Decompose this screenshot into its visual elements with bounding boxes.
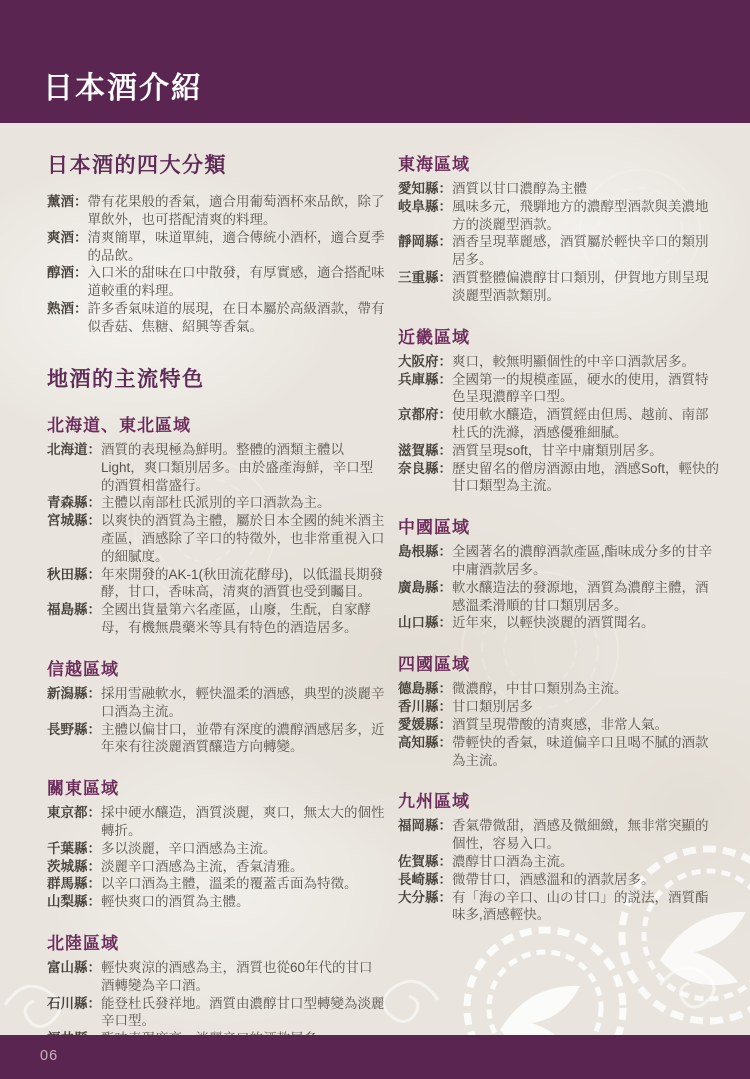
entry-row: 熟酒：許多香氣味道的展現，在日本屬於高級酒款，帶有似香菇、焦糖、紹興等香氣。 bbox=[47, 300, 385, 336]
content: 日本酒的四大分類薰酒：帶有花果般的香氣，適合用葡萄酒杯來品飲，除了單飲外，也可搭… bbox=[0, 0, 750, 1079]
entry-text: 甘口類別居多 bbox=[452, 698, 720, 716]
entry-text: 帶輕快的香氣，味道偏辛口且喝不膩的酒款為主流。 bbox=[452, 734, 720, 770]
page-footer: 06 bbox=[0, 1035, 750, 1079]
page-title: 日本酒介紹 bbox=[43, 72, 203, 105]
entry-row: 千葉縣：多以淡麗，辛口酒感為主流。 bbox=[47, 840, 385, 858]
entry-label: 長崎縣： bbox=[398, 871, 452, 889]
region-heading: 北陸區域 bbox=[47, 933, 385, 955]
region-heading: 關東區域 bbox=[47, 778, 385, 800]
entry-label: 石川縣： bbox=[47, 995, 101, 1013]
entry-row: 佐賀縣：濃醇甘口酒為主流。 bbox=[398, 853, 720, 871]
entry-text: 酒質以甘口濃醇為主體 bbox=[452, 180, 720, 198]
entry-row: 山梨縣：輕快爽口的酒質為主體。 bbox=[47, 893, 385, 911]
entry-row: 大分縣：有「海の辛口、山の甘口」的説法，酒質酯味多,酒感輕快。 bbox=[398, 889, 720, 925]
entry-text: 採用雪融軟水，輕快溫柔的酒感，典型的淡麗辛口酒為主流。 bbox=[101, 685, 385, 721]
entry-label: 京都府： bbox=[398, 406, 452, 424]
entry-text: 入口米的甜味在口中散發，有厚實感，適合搭配味道較重的料理。 bbox=[88, 264, 386, 300]
entry-text: 採中硬水釀造，酒質淡麗，爽口，無太大的個性轉折。 bbox=[101, 804, 385, 840]
entry-label: 醇酒： bbox=[47, 264, 88, 282]
region-heading: 中國區域 bbox=[398, 517, 720, 539]
entry-row: 高知縣：帶輕快的香氣，味道偏辛口且喝不膩的酒款為主流。 bbox=[398, 734, 720, 770]
entry-label: 三重縣： bbox=[398, 269, 452, 287]
entry-row: 靜岡縣：酒香呈現華麗感，酒質屬於輕快辛口的類別居多。 bbox=[398, 233, 720, 269]
entry-row: 大阪府：爽口，較無明顯個性的中辛口酒款居多。 bbox=[398, 353, 720, 371]
entry-text: 微濃醇，中甘口類別為主流。 bbox=[452, 680, 720, 698]
section-right_column-3: 四國區域德島縣：微濃醇，中甘口類別為主流。香川縣：甘口類別居多愛媛縣：酒質呈現帶… bbox=[398, 654, 720, 769]
entry-row: 福島縣：全國出貨量第六名產區，山廢，生酛，自家酵母，有機無農藥米等具有特色的酒造… bbox=[47, 601, 385, 637]
entry-label: 愛媛縣： bbox=[398, 716, 452, 734]
entry-label: 福島縣： bbox=[47, 601, 101, 619]
entry-text: 年來開發的AK-1(秋田流花酵母)，以低溫長期發酵，甘口，香味高，清爽的酒質也受… bbox=[101, 566, 385, 602]
entry-label: 佐賀縣： bbox=[398, 853, 452, 871]
entry-row: 福岡縣：香氣帶微甜，酒感及微細緻，無非常突顯的個性，容易入口。 bbox=[398, 817, 720, 853]
entry-label: 茨城縣： bbox=[47, 858, 101, 876]
entry-row: 宮城縣：以爽快的酒質為主體，屬於日本全國的純米酒主產區，酒感除了辛口的特徵外，也… bbox=[47, 512, 385, 565]
entry-row: 茨城縣：淡麗辛口酒感為主流，香氣清雅。 bbox=[47, 858, 385, 876]
entry-text: 濃醇甘口酒為主流。 bbox=[452, 853, 720, 871]
entry-label: 福岡縣： bbox=[398, 817, 452, 835]
entry-text: 以辛口酒為主體，溫柔的覆蓋舌面為特徵。 bbox=[101, 875, 385, 893]
entry-label: 山口縣： bbox=[398, 614, 452, 632]
entry-label: 高知縣： bbox=[398, 734, 452, 752]
entry-label: 富山縣： bbox=[47, 959, 101, 977]
entry-label: 群馬縣： bbox=[47, 875, 101, 893]
entry-row: 香川縣：甘口類別居多 bbox=[398, 698, 720, 716]
entry-text: 有「海の辛口、山の甘口」的説法，酒質酯味多,酒感輕快。 bbox=[452, 889, 720, 925]
entry-text: 微帶甘口，酒感溫和的酒款居多。 bbox=[452, 871, 720, 889]
section-right_column-1: 近畿區域大阪府：爽口，較無明顯個性的中辛口酒款居多。兵庫縣：全國第一的規模產區，… bbox=[398, 327, 720, 495]
entry-text: 風味多元，飛騨地方的濃醇型酒款與美濃地方的淡麗型酒款。 bbox=[452, 198, 720, 234]
entry-text: 許多香氣味道的展現，在日本屬於高級酒款，帶有似香菇、焦糖、紹興等香氣。 bbox=[88, 300, 386, 336]
entry-text: 能登杜氏發祥地。酒質由濃醇甘口型轉變為淡麗辛口型。 bbox=[101, 995, 385, 1031]
entry-text: 酒質呈現soft，甘辛中庸類別居多。 bbox=[452, 442, 720, 460]
region-heading: 東海區域 bbox=[398, 154, 720, 176]
entry-text: 全國第一的規模產區，硬水的使用，酒質特色呈現濃醇辛口型。 bbox=[452, 371, 720, 407]
entry-label: 爽酒： bbox=[47, 229, 88, 247]
section-heading: 日本酒的四大分類 bbox=[47, 152, 385, 179]
region-heading: 四國區域 bbox=[398, 654, 720, 676]
entry-row: 秋田縣：年來開發的AK-1(秋田流花酵母)，以低溫長期發酵，甘口，香味高，清爽的… bbox=[47, 566, 385, 602]
entry-row: 富山縣：輕快爽涼的酒感為主，酒質也從60年代的甘口酒轉變為辛口酒。 bbox=[47, 959, 385, 995]
entry-label: 秋田縣： bbox=[47, 566, 101, 584]
region-heading: 信越區域 bbox=[47, 659, 385, 681]
section-heading: 地酒的主流特色 bbox=[47, 366, 385, 393]
entry-label: 廣島縣： bbox=[398, 579, 452, 597]
page: 日本酒介紹 日本酒的四大分類薰酒：帶有花果般的香氣，適合用葡萄酒杯來品飲，除了單… bbox=[0, 0, 750, 1079]
entry-label: 滋賀縣： bbox=[398, 442, 452, 460]
entry-row: 長野縣：主體以偏甘口，並帶有深度的濃醇酒感居多，近年來有往淡麗酒質釀造方向轉變。 bbox=[47, 721, 385, 757]
entry-row: 群馬縣：以辛口酒為主體，溫柔的覆蓋舌面為特徵。 bbox=[47, 875, 385, 893]
section-right_column-0: 東海區域愛知縣：酒質以甘口濃醇為主體岐阜縣：風味多元，飛騨地方的濃醇型酒款與美濃… bbox=[398, 154, 720, 305]
entry-row: 兵庫縣：全國第一的規模產區，硬水的使用，酒質特色呈現濃醇辛口型。 bbox=[398, 371, 720, 407]
entry-row: 奈良縣：歷史留名的僧房酒源由地，酒感Soft，輕快的甘口類型為主流。 bbox=[398, 460, 720, 496]
entry-row: 北海道：酒質的表現極為鮮明。整體的酒類主體以 Light，爽口類別居多。由於盛產… bbox=[47, 441, 385, 494]
entry-text: 酒質的表現極為鮮明。整體的酒類主體以 Light，爽口類別居多。由於盛產海鮮，辛… bbox=[101, 441, 385, 494]
entry-row: 德島縣：微濃醇，中甘口類別為主流。 bbox=[398, 680, 720, 698]
entry-label: 宮城縣： bbox=[47, 512, 101, 530]
entry-text: 香氣帶微甜，酒感及微細緻，無非常突顯的個性，容易入口。 bbox=[452, 817, 720, 853]
entry-text: 歷史留名的僧房酒源由地，酒感Soft，輕快的甘口類型為主流。 bbox=[452, 460, 720, 496]
right-column: 東海區域愛知縣：酒質以甘口濃醇為主體岐阜縣：風味多元，飛騨地方的濃醇型酒款與美濃… bbox=[398, 154, 720, 924]
entry-label: 熟酒： bbox=[47, 300, 88, 318]
entry-text: 使用軟水釀造，酒質經由但馬、越前、南部杜氏的洗滌，酒感優雅細膩。 bbox=[452, 406, 720, 442]
entry-row: 山口縣：近年來，以輕快淡麗的酒質聞名。 bbox=[398, 614, 720, 632]
entry-label: 香川縣： bbox=[398, 698, 452, 716]
entry-row: 石川縣：能登杜氏發祥地。酒質由濃醇甘口型轉變為淡麗辛口型。 bbox=[47, 995, 385, 1031]
entry-row: 新潟縣：採用雪融軟水，輕快溫柔的酒感，典型的淡麗辛口酒為主流。 bbox=[47, 685, 385, 721]
entry-label: 北海道： bbox=[47, 441, 101, 459]
entry-text: 主體以南部杜氏派別的辛口酒款為主。 bbox=[101, 494, 385, 512]
entry-label: 新潟縣： bbox=[47, 685, 101, 703]
entry-row: 醇酒：入口米的甜味在口中散發，有厚實感，適合搭配味道較重的料理。 bbox=[47, 264, 385, 300]
region-heading: 九州區域 bbox=[398, 791, 720, 813]
section-right_column-4: 九州區域福岡縣：香氣帶微甜，酒感及微細緻，無非常突顯的個性，容易入口。佐賀縣：濃… bbox=[398, 791, 720, 924]
entry-row: 愛知縣：酒質以甘口濃醇為主體 bbox=[398, 180, 720, 198]
section-left_column-1: 地酒的主流特色 bbox=[47, 366, 385, 393]
entry-label: 德島縣： bbox=[398, 680, 452, 698]
entry-label: 千葉縣： bbox=[47, 840, 101, 858]
entry-label: 長野縣： bbox=[47, 721, 101, 739]
page-number: 06 bbox=[40, 1048, 58, 1064]
section-left_column-0: 日本酒的四大分類薰酒：帶有花果般的香氣，適合用葡萄酒杯來品飲，除了單飲外，也可搭… bbox=[47, 152, 385, 336]
entry-text: 多以淡麗，辛口酒感為主流。 bbox=[101, 840, 385, 858]
entry-text: 輕快爽涼的酒感為主，酒質也從60年代的甘口酒轉變為辛口酒。 bbox=[101, 959, 385, 995]
entry-row: 爽酒：清爽簡單，味道單純，適合傳統小酒杯，適合夏季的品飲。 bbox=[47, 229, 385, 265]
entry-text: 酒香呈現華麗感，酒質屬於輕快辛口的類別居多。 bbox=[452, 233, 720, 269]
entry-row: 東京都：採中硬水釀造，酒質淡麗，爽口，無太大的個性轉折。 bbox=[47, 804, 385, 840]
entry-text: 主體以偏甘口，並帶有深度的濃醇酒感居多，近年來有往淡麗酒質釀造方向轉變。 bbox=[101, 721, 385, 757]
entry-label: 東京都： bbox=[47, 804, 101, 822]
entry-row: 京都府：使用軟水釀造，酒質經由但馬、越前、南部杜氏的洗滌，酒感優雅細膩。 bbox=[398, 406, 720, 442]
entry-row: 廣島縣：軟水釀造法的發源地，酒質為濃醇主體，酒感溫柔滑順的甘口類別居多。 bbox=[398, 579, 720, 615]
entry-label: 薰酒： bbox=[47, 193, 88, 211]
entry-text: 帶有花果般的香氣，適合用葡萄酒杯來品飲，除了單飲外，也可搭配清爽的料理。 bbox=[88, 193, 386, 229]
entry-text: 以爽快的酒質為主體，屬於日本全國的純米酒主產區，酒感除了辛口的特徵外，也非常重視… bbox=[101, 512, 385, 565]
entry-row: 三重縣：酒質整體偏濃醇甘口類別，伊賀地方則呈現淡麗型酒款類別。 bbox=[398, 269, 720, 305]
entry-label: 大分縣： bbox=[398, 889, 452, 907]
entry-label: 島根縣： bbox=[398, 543, 452, 561]
entry-row: 愛媛縣：酒質呈現帶酸的清爽感，非常人氣。 bbox=[398, 716, 720, 734]
section-left_column-2: 北海道、東北區域北海道：酒質的表現極為鮮明。整體的酒類主體以 Light，爽口類… bbox=[47, 415, 385, 637]
entry-row: 滋賀縣：酒質呈現soft，甘辛中庸類別居多。 bbox=[398, 442, 720, 460]
entry-row: 薰酒：帶有花果般的香氣，適合用葡萄酒杯來品飲，除了單飲外，也可搭配清爽的料理。 bbox=[47, 193, 385, 229]
entry-text: 輕快爽口的酒質為主體。 bbox=[101, 893, 385, 911]
entry-text: 酒質整體偏濃醇甘口類別，伊賀地方則呈現淡麗型酒款類別。 bbox=[452, 269, 720, 305]
entry-text: 淡麗辛口酒感為主流，香氣清雅。 bbox=[101, 858, 385, 876]
region-heading: 北海道、東北區域 bbox=[47, 415, 385, 437]
entry-text: 清爽簡單，味道單純，適合傳統小酒杯，適合夏季的品飲。 bbox=[88, 229, 386, 265]
entry-label: 愛知縣： bbox=[398, 180, 452, 198]
section-left_column-3: 信越區域新潟縣：採用雪融軟水，輕快溫柔的酒感，典型的淡麗辛口酒為主流。長野縣：主… bbox=[47, 659, 385, 756]
entry-label: 靜岡縣： bbox=[398, 233, 452, 251]
section-left_column-5: 北陸區域富山縣：輕快爽涼的酒感為主，酒質也從60年代的甘口酒轉變為辛口酒。石川縣… bbox=[47, 933, 385, 1048]
entry-row: 島根縣：全國著名的濃醇酒款產區,酯味成分多的甘辛中庸酒款居多。 bbox=[398, 543, 720, 579]
entry-label: 青森縣： bbox=[47, 494, 101, 512]
region-heading: 近畿區域 bbox=[398, 327, 720, 349]
section-right_column-2: 中國區域島根縣：全國著名的濃醇酒款產區,酯味成分多的甘辛中庸酒款居多。廣島縣：軟… bbox=[398, 517, 720, 632]
entry-text: 近年來，以輕快淡麗的酒質聞名。 bbox=[452, 614, 720, 632]
page-header: 日本酒介紹 bbox=[0, 0, 750, 123]
left-column: 日本酒的四大分類薰酒：帶有花果般的香氣，適合用葡萄酒杯來品飲，除了單飲外，也可搭… bbox=[47, 152, 385, 1048]
entry-text: 全國出貨量第六名產區，山廢，生酛，自家酵母，有機無農藥米等具有特色的酒造居多。 bbox=[101, 601, 385, 637]
section-left_column-4: 關東區域東京都：採中硬水釀造，酒質淡麗，爽口，無太大的個性轉折。千葉縣：多以淡麗… bbox=[47, 778, 385, 911]
entry-text: 爽口，較無明顯個性的中辛口酒款居多。 bbox=[452, 353, 720, 371]
entry-row: 青森縣：主體以南部杜氏派別的辛口酒款為主。 bbox=[47, 494, 385, 512]
entry-label: 岐阜縣： bbox=[398, 198, 452, 216]
entry-label: 大阪府： bbox=[398, 353, 452, 371]
entry-row: 岐阜縣：風味多元，飛騨地方的濃醇型酒款與美濃地方的淡麗型酒款。 bbox=[398, 198, 720, 234]
entry-label: 奈良縣： bbox=[398, 460, 452, 478]
entry-text: 酒質呈現帶酸的清爽感，非常人氣。 bbox=[452, 716, 720, 734]
entry-text: 軟水釀造法的發源地，酒質為濃醇主體，酒感溫柔滑順的甘口類別居多。 bbox=[452, 579, 720, 615]
entry-text: 全國著名的濃醇酒款產區,酯味成分多的甘辛中庸酒款居多。 bbox=[452, 543, 720, 579]
entry-label: 山梨縣： bbox=[47, 893, 101, 911]
entry-label: 兵庫縣： bbox=[398, 371, 452, 389]
entry-row: 長崎縣：微帶甘口，酒感溫和的酒款居多。 bbox=[398, 871, 720, 889]
